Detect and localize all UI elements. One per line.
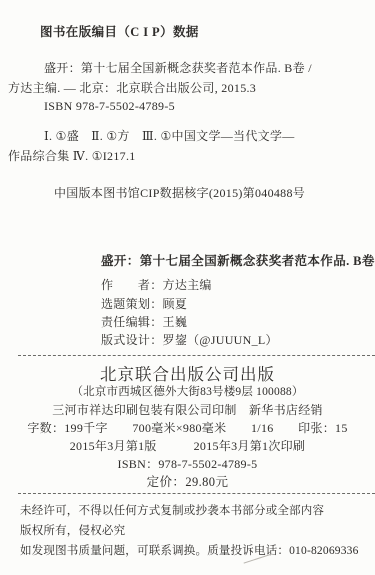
cip-record-number: 中国版本图书馆CIP数据核字(2015)第040488号 xyxy=(54,184,305,201)
staff-row-author: 作 者：方达主编 xyxy=(101,276,212,293)
planner-value: 顾夏 xyxy=(163,297,188,311)
designer-label: 版式设计： xyxy=(101,331,163,348)
notice-quality-hotline: 如发现图书质量问题，可联系调换。质量投诉电话：010-82069336 xyxy=(20,542,359,558)
notice-no-copy: 未经许可，不得以任何方式复制或抄袭本书部分或全部内容 xyxy=(20,502,324,518)
book-title: 盛开：第十七届全国新概念获奖者范本作品. B卷 xyxy=(101,251,375,269)
printer-distributor: 三河市祥达印刷包装有限公司印制 新华书店经销 xyxy=(0,401,375,418)
price-line: 定价：29.80元 xyxy=(0,472,375,490)
author-value: 方达主编 xyxy=(163,278,212,292)
planner-label: 选题策划： xyxy=(101,295,163,312)
editor-label: 责任编辑： xyxy=(101,313,163,330)
editor-value: 王巍 xyxy=(163,315,188,329)
cip-classification-line1: Ⅰ. ①盛 Ⅱ. ①方 Ⅲ. ①中国文学—当代文学— xyxy=(44,127,295,144)
author-label: 作 者： xyxy=(101,276,163,293)
edition-info: 2015年3月第1版 2015年3月第1次印刷 xyxy=(0,437,375,454)
publisher-name: 北京联合出版公司出版 xyxy=(0,361,375,385)
staff-row-editor: 责任编辑：王巍 xyxy=(101,313,187,330)
cip-isbn: ISBN 978-7-5502-4789-5 xyxy=(44,99,175,114)
cip-entry-line1: 盛开：第十七届全国新概念获奖者范本作品. B卷 / xyxy=(44,59,312,76)
copyright-page: 图书在版编目（C I P）数据 盛开：第十七届全国新概念获奖者范本作品. B卷 … xyxy=(0,0,375,575)
designer-value: 罗鋆（@JUUUN_L） xyxy=(163,333,278,347)
staff-row-designer: 版式设计：罗鋆（@JUUUN_L） xyxy=(101,331,278,348)
separator-dashed-top xyxy=(18,355,375,356)
notice-rights-reserved: 版权所有，侵权必究 xyxy=(20,522,125,538)
cip-classification-line2: 作品综合集 Ⅳ. ①I217.1 xyxy=(8,147,136,164)
print-spec: 字数：199千字 700毫米×980毫米 1/16 印张：15 xyxy=(0,419,375,436)
separator-dashed-bottom xyxy=(18,493,375,494)
publisher-address: （北京市西城区德外大街83号楼9层 100088） xyxy=(0,383,375,399)
staff-row-planner: 选题策划：顾夏 xyxy=(101,295,187,312)
cip-entry-line2: 方达主编. — 北京：北京联合出版公司, 2015.3 xyxy=(8,79,256,96)
cip-heading: 图书在版编目（C I P）数据 xyxy=(40,22,199,40)
isbn-line: ISBN：978-7-5502-4789-5 xyxy=(0,455,375,472)
